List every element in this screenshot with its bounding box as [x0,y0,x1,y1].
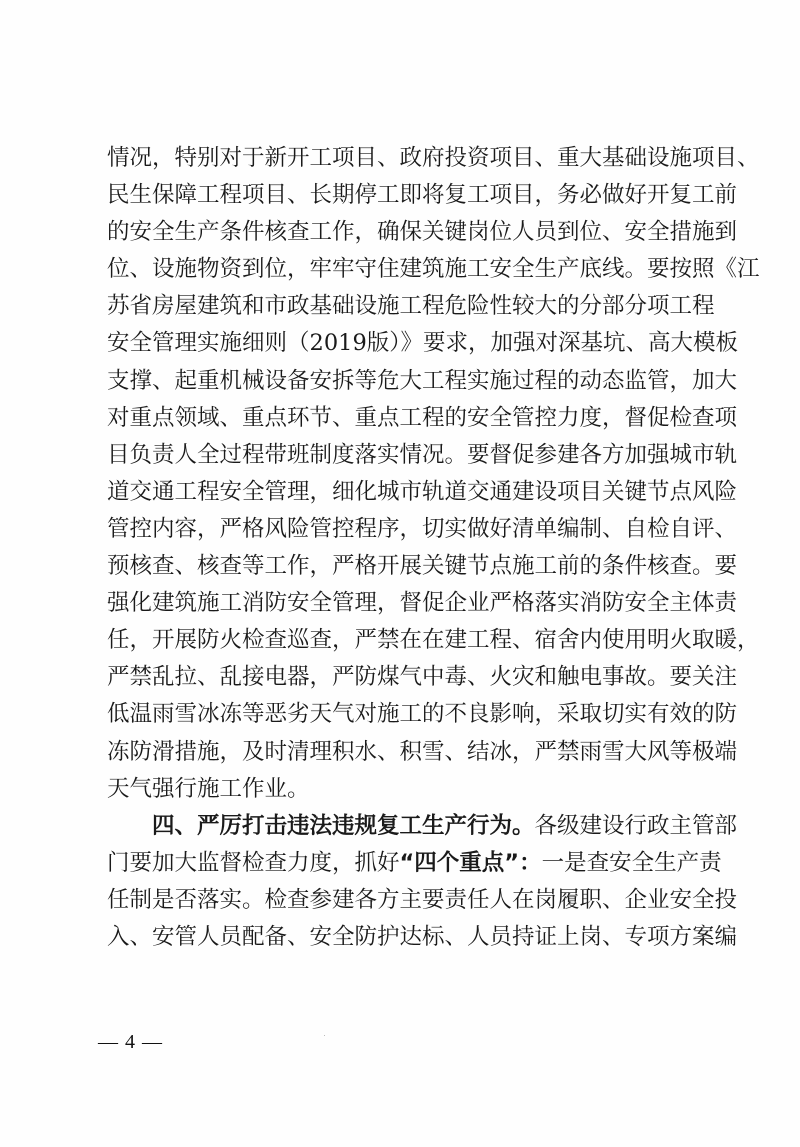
page-number: — 4 — [98,1031,163,1054]
four-key-points-emphasis: “四个重点”： [400,850,542,876]
text-line: 入、安管人员配备、安全防护达标、人员持证上岗、专项方案编 [107,919,713,956]
text-line-paragraph-end: 天气强行施工作业。 [107,771,713,808]
text-line: 低温雨雪冰冻等恶劣天气对施工的不良影响，采取切实有效的防 [107,696,713,733]
text-line: 民生保障工程项目、长期停工即将复工项目，务必做好开复工前 [107,177,713,214]
body-text: 情况，特别对于新开工项目、政府投资项目、重大基础设施项目、 民生保障工程项目、长… [107,140,713,956]
text-line: 支撑、起重机械设备安拆等危大工程实施过程的动态监管，加大 [107,363,713,400]
section-4-first-line: 四、严厉打击违法违规复工生产行为。各级建设行政主管部 [107,808,713,845]
section-4-text: 各级建设行政主管部 [535,813,738,839]
text-run: 门要加大监督检查力度，抓好 [107,850,400,876]
text-line: 位、设施物资到位，牢牢守住建筑施工安全生产底线。要按照《江 [107,251,713,288]
text-line: 冻防滑措施，及时清理积水、积雪、结冰，严禁雨雪大风等极端 [107,734,713,771]
text-run: 一是查安全生产责 [542,850,722,876]
text-line: 严禁乱拉、乱接电器，严防煤气中毒、火灾和触电事故。要关注 [107,659,713,696]
text-line: 目负责人全过程带班制度落实情况。要督促参建各方加强城市轨 [107,437,713,474]
text-line: 预核查、核查等工作，严格开展关键节点施工前的条件核查。要 [107,548,713,585]
section-4-heading: 四、严厉打击违法违规复工生产行为。 [152,813,535,839]
text-line: 任，开展防火检查巡查，严禁在在建工程、宿舍内使用明火取暖， [107,622,713,659]
text-line: 对重点领域、重点环节、重点工程的安全管控力度，督促检查项 [107,400,713,437]
text-line: 苏省房屋建筑和市政基础设施工程危险性较大的分部分项工程 [107,288,713,325]
text-line: 任制是否落实。检查参建各方主要责任人在岗履职、企业安全投 [107,882,713,919]
scan-artifact [324,1035,325,1036]
section-4-line-2: 门要加大监督检查力度，抓好“四个重点”：一是查安全生产责 [107,845,713,882]
document-page: 情况，特别对于新开工项目、政府投资项目、重大基础设施项目、 民生保障工程项目、长… [0,0,800,1147]
text-line: 的安全生产条件核查工作，确保关键岗位人员到位、安全措施到 [107,214,713,251]
text-line: 强化建筑施工消防安全管理，督促企业严格落实消防安全主体责 [107,585,713,622]
text-line: 安全管理实施细则（2019版）》要求，加强对深基坑、高大模板 [107,325,713,362]
text-line: 管控内容，严格风险管控程序，切实做好清单编制、自检自评、 [107,511,713,548]
text-line: 道交通工程安全管理，细化城市轨道交通建设项目关键节点风险 [107,474,713,511]
text-line: 情况，特别对于新开工项目、政府投资项目、重大基础设施项目、 [107,140,713,177]
